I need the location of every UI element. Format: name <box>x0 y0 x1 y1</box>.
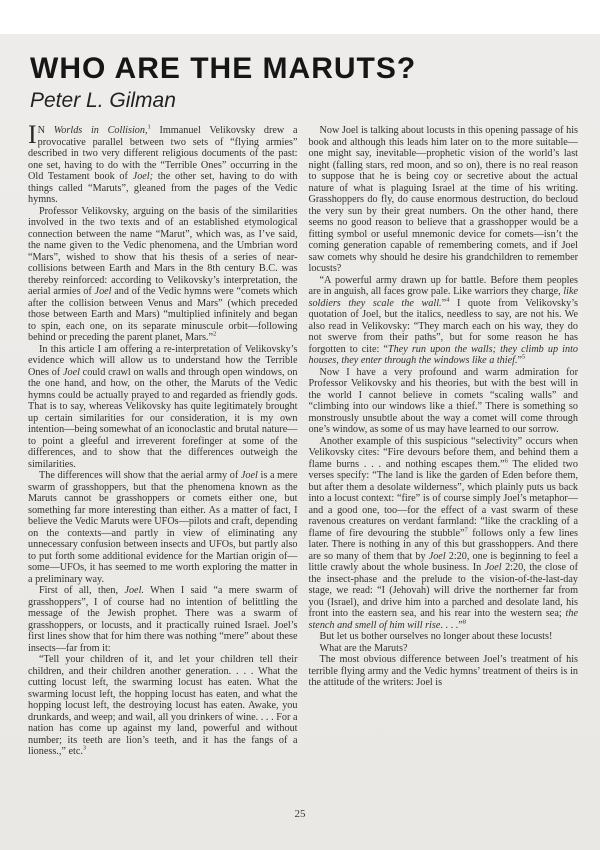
paragraph: But let us bother ourselves no longer ab… <box>309 631 579 643</box>
paragraph: “Tell your children of it, and let your … <box>28 654 298 758</box>
article-body: IN Worlds in Collision,1 Immanuel Veliko… <box>0 125 600 758</box>
article-header: WHO ARE THE MARUTS? Peter L. Gilman <box>0 34 600 113</box>
paragraph: In this article I am offering a re-inter… <box>28 344 298 471</box>
article-title: WHO ARE THE MARUTS? <box>30 52 570 86</box>
paragraph: IN Worlds in Collision,1 Immanuel Veliko… <box>28 125 298 206</box>
drop-cap: I <box>28 125 38 145</box>
paragraph: The differences will show that the aeria… <box>28 470 298 585</box>
paragraph: The most obvious difference between Joel… <box>309 654 579 689</box>
paragraph: Now I have a very profound and warm admi… <box>309 367 579 436</box>
column-right: Now Joel is talking about locusts in thi… <box>309 125 579 758</box>
paragraph: Another example of this suspicious “sele… <box>309 436 579 632</box>
article-author: Peter L. Gilman <box>30 89 570 113</box>
page: WHO ARE THE MARUTS? Peter L. Gilman IN W… <box>0 34 600 850</box>
paragraph: Professor Velikovsky, arguing on the bas… <box>28 206 298 344</box>
paragraph: What are the Maruts? <box>309 643 579 655</box>
page-number: 25 <box>0 808 600 820</box>
paragraph: First of all, then, Joel. When I said “a… <box>28 585 298 654</box>
paragraph: “A powerful army drawn up for battle. Be… <box>309 275 579 367</box>
paragraph: Now Joel is talking about locusts in thi… <box>309 125 579 275</box>
column-left: IN Worlds in Collision,1 Immanuel Veliko… <box>28 125 298 758</box>
